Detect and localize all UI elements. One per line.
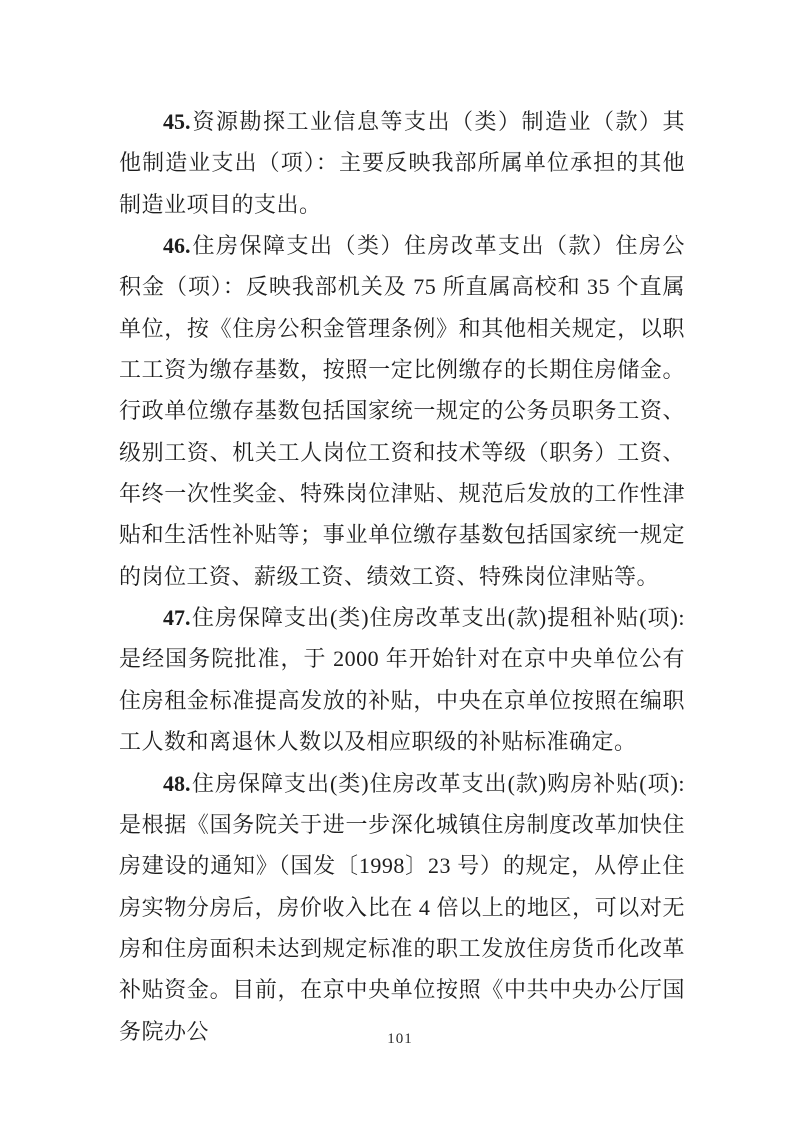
- paragraph-47-text: 住房保障支出(类)住房改革支出(款)提租补贴(项):是经国务院批准，于 2000…: [119, 605, 685, 754]
- paragraph-48-text: 住房保障支出(类)住房改革支出(款)购房补贴(项):是根据《国务院关于进一步深化…: [119, 771, 685, 1044]
- paragraph-46: 46.住房保障支出（类）住房改革支出（款）住房公积金（项）：反映我部机关及 75…: [119, 225, 685, 597]
- paragraph-46-text: 住房保障支出（类）住房改革支出（款）住房公积金（项）：反映我部机关及 75 所直…: [119, 233, 685, 589]
- paragraph-46-number: 46.: [163, 233, 192, 258]
- page-number: 101: [0, 1031, 800, 1048]
- paragraph-48: 48.住房保障支出(类)住房改革支出(款)购房补贴(项):是根据《国务院关于进一…: [119, 763, 685, 1052]
- paragraph-47: 47.住房保障支出(类)住房改革支出(款)提租补贴(项):是经国务院批准，于 2…: [119, 597, 685, 762]
- document-body: 45.资源勘探工业信息等支出（类）制造业（款）其他制造业支出（项）：主要反映我部…: [119, 101, 685, 1052]
- paragraph-45: 45.资源勘探工业信息等支出（类）制造业（款）其他制造业支出（项）：主要反映我部…: [119, 101, 685, 225]
- paragraph-48-number: 48.: [163, 771, 192, 796]
- document-page: 45.资源勘探工业信息等支出（类）制造业（款）其他制造业支出（项）：主要反映我部…: [0, 0, 800, 1131]
- paragraph-47-number: 47.: [163, 605, 192, 630]
- paragraph-45-number: 45.: [163, 109, 192, 134]
- paragraph-45-text: 资源勘探工业信息等支出（类）制造业（款）其他制造业支出（项）：主要反映我部所属单…: [119, 109, 685, 217]
